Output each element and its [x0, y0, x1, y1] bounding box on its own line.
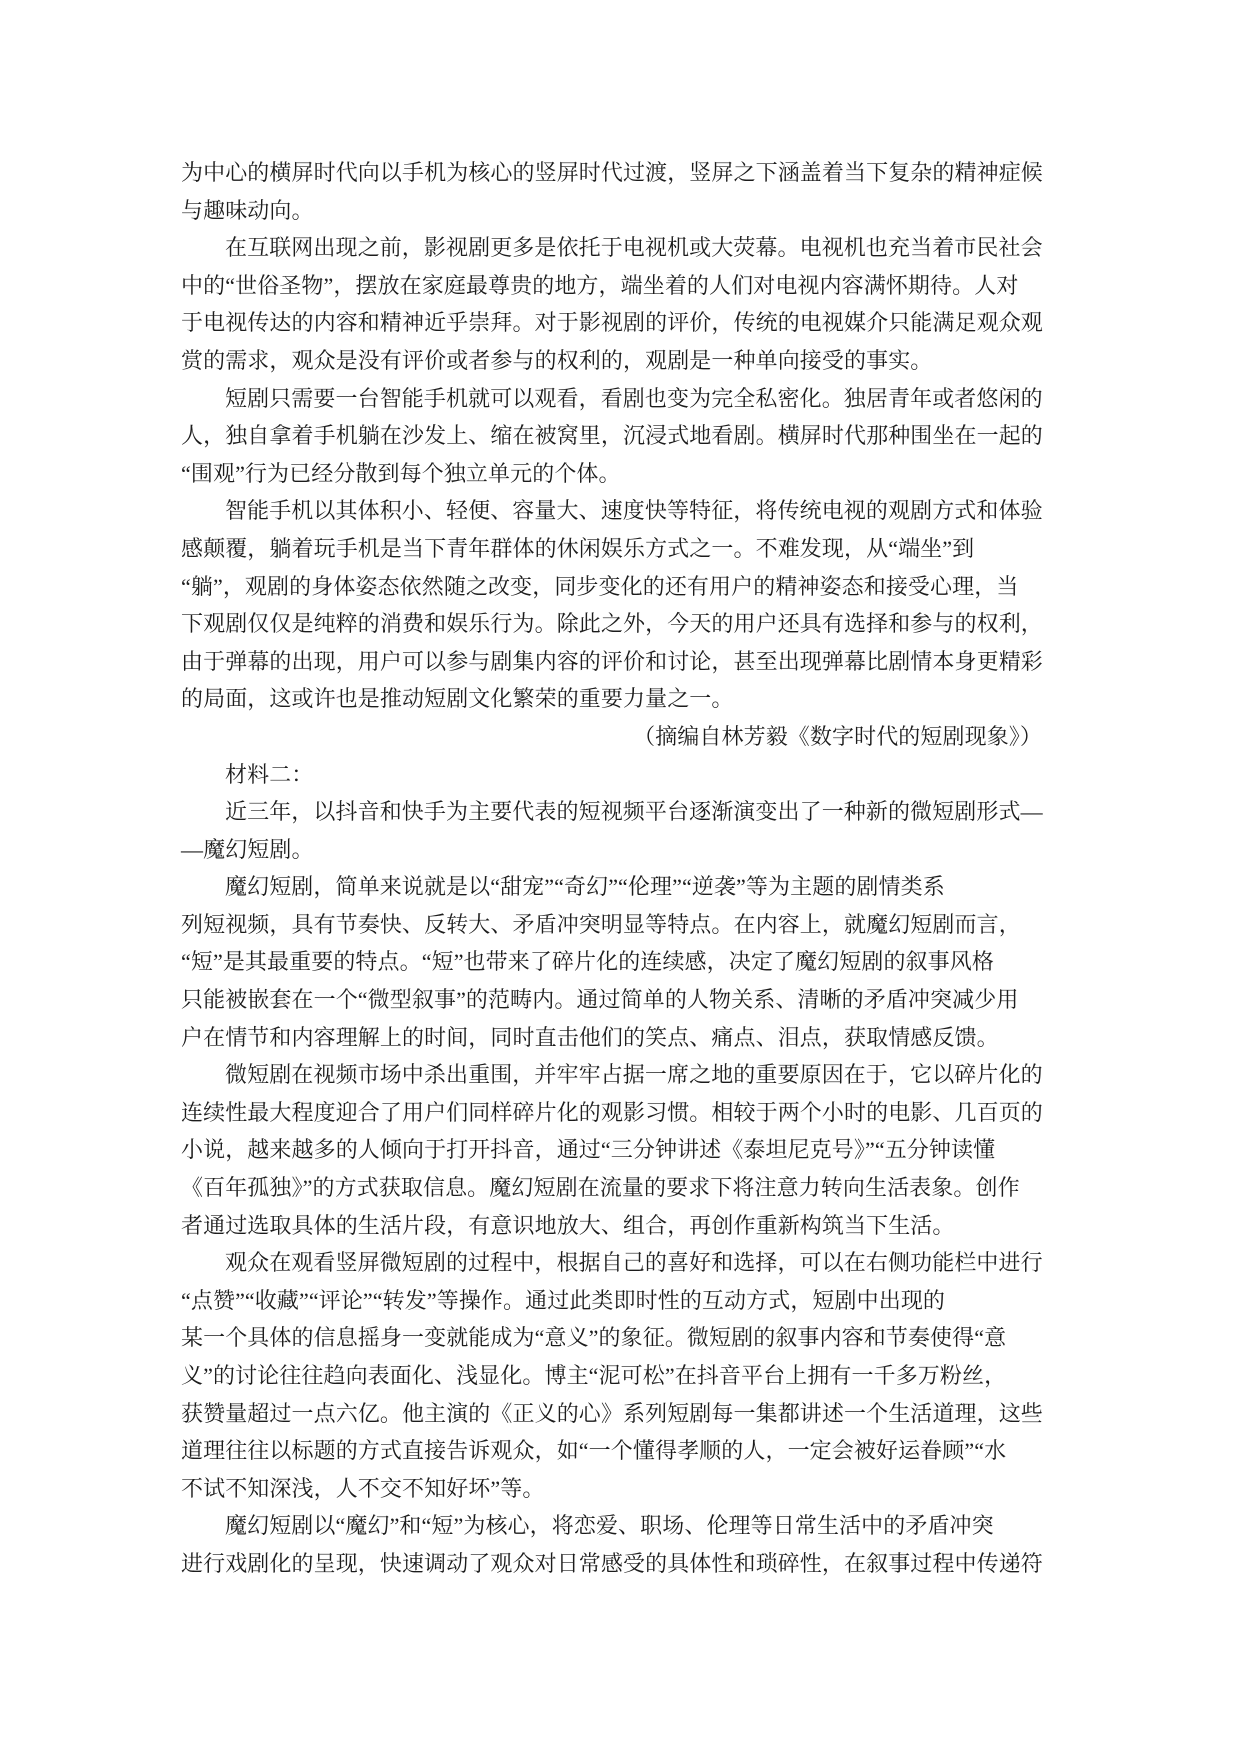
text-line: 小说，越来越多的人倾向于打开抖音，通过“三分钟讲述《泰坦尼克号》”“五分钟读懂 [181, 1131, 1042, 1169]
text-line: “围观”行为已经分散到每个独立单元的个体。 [181, 455, 1042, 493]
text-line: 由于弹幕的出现，用户可以参与剧集内容的评价和讨论，甚至出现弹幕比剧情本身更精彩 [181, 643, 1042, 681]
text-line: 的局面，这或许也是推动短剧文化繁荣的重要力量之一。 [181, 680, 1042, 718]
text-line: （摘编自林芳毅《数字时代的短剧现象》） [181, 718, 1042, 756]
text-line: 魔幻短剧以“魔幻”和“短”为核心，将恋爱、职场、伦理等日常生活中的矛盾冲突 [181, 1507, 1042, 1545]
text-line: “躺”，观剧的身体姿态依然随之改变，同步变化的还有用户的精神姿态和接受心理，当 [181, 568, 1042, 606]
text-line: 观众在观看竖屏微短剧的过程中，根据自己的喜好和选择，可以在右侧功能栏中进行 [181, 1244, 1042, 1282]
document-page: 为中心的横屏时代向以手机为核心的竖屏时代过渡，竖屏之下涵盖着当下复杂的精神症候与… [0, 0, 1240, 1754]
text-line: 不试不知深浅，人不交不知好坏”等。 [181, 1470, 1042, 1508]
text-line: 者通过选取具体的生活片段，有意识地放大、组合，再创作重新构筑当下生活。 [181, 1207, 1042, 1245]
text-line: 近三年，以抖音和快手为主要代表的短视频平台逐渐演变出了一种新的微短剧形式— [181, 793, 1042, 831]
text-line: 获赞量超过一点六亿。他主演的《正义的心》系列短剧每一集都讲述一个生活道理，这些 [181, 1395, 1042, 1433]
text-line: 魔幻短剧，简单来说就是以“甜宠”“奇幻”“伦理”“逆袭”等为主题的剧情类系 [181, 868, 1042, 906]
text-line: “点赞”“收藏”“评论”“转发”等操作。通过此类即时性的互动方式，短剧中出现的 [181, 1282, 1042, 1320]
text-line: 下观剧仅仅是纯粹的消费和娱乐行为。除此之外，今天的用户还具有选择和参与的权利， [181, 605, 1042, 643]
text-line: 连续性最大程度迎合了用户们同样碎片化的观影习惯。相较于两个小时的电影、几百页的 [181, 1094, 1042, 1132]
text-line: “短”是其最重要的特点。“短”也带来了碎片化的连续感，决定了魔幻短剧的叙事风格 [181, 943, 1042, 981]
text-line: 于电视传达的内容和精神近乎崇拜。对于影视剧的评价，传统的电视媒介只能满足观众观 [181, 304, 1042, 342]
text-line: 进行戏剧化的呈现，快速调动了观众对日常感受的具体性和琐碎性，在叙事过程中传递符 [181, 1545, 1042, 1583]
text-line: 为中心的横屏时代向以手机为核心的竖屏时代过渡，竖屏之下涵盖着当下复杂的精神症候 [181, 154, 1042, 192]
text-line: 户在情节和内容理解上的时间，同时直击他们的笑点、痛点、泪点，获取情感反馈。 [181, 1019, 1042, 1057]
text-line: 某一个具体的信息摇身一变就能成为“意义”的象征。微短剧的叙事内容和节奏使得“意 [181, 1319, 1042, 1357]
text-line: 感颠覆，躺着玩手机是当下青年群体的休闲娱乐方式之一。不难发现，从“端坐”到 [181, 530, 1042, 568]
text-line: 微短剧在视频市场中杀出重围，并牢牢占据一席之地的重要原因在于，它以碎片化的 [181, 1056, 1042, 1094]
text-line: 道理往往以标题的方式直接告诉观众，如“一个懂得孝顺的人，一定会被好运眷顾”“水 [181, 1432, 1042, 1470]
text-line: 赏的需求，观众是没有评价或者参与的权利的，观剧是一种单向接受的事实。 [181, 342, 1042, 380]
text-line: —魔幻短剧。 [181, 831, 1042, 869]
text-line: 《百年孤独》”的方式获取信息。魔幻短剧在流量的要求下将注意力转向生活表象。创作 [181, 1169, 1042, 1207]
text-line: 材料二： [181, 756, 1042, 794]
text-line: 中的“世俗圣物”，摆放在家庭最尊贵的地方，端坐着的人们对电视内容满怀期待。人对 [181, 267, 1042, 305]
text-line: 列短视频，具有节奏快、反转大、矛盾冲突明显等特点。在内容上，就魔幻短剧而言， [181, 906, 1042, 944]
text-line: 与趣味动向。 [181, 192, 1042, 230]
text-line: 人，独自拿着手机躺在沙发上、缩在被窝里，沉浸式地看剧。横屏时代那种围坐在一起的 [181, 417, 1042, 455]
text-column: 为中心的横屏时代向以手机为核心的竖屏时代过渡，竖屏之下涵盖着当下复杂的精神症候与… [181, 154, 1042, 1583]
text-line: 义”的讨论往往趋向表面化、浅显化。博主“泥可松”在抖音平台上拥有一千多万粉丝， [181, 1357, 1042, 1395]
text-line: 智能手机以其体积小、轻便、容量大、速度快等特征，将传统电视的观剧方式和体验 [181, 492, 1042, 530]
text-line: 短剧只需要一台智能手机就可以观看，看剧也变为完全私密化。独居青年或者悠闲的 [181, 380, 1042, 418]
text-line: 只能被嵌套在一个“微型叙事”的范畴内。通过简单的人物关系、清晰的矛盾冲突减少用 [181, 981, 1042, 1019]
text-line: 在互联网出现之前，影视剧更多是依托于电视机或大荧幕。电视机也充当着市民社会 [181, 229, 1042, 267]
